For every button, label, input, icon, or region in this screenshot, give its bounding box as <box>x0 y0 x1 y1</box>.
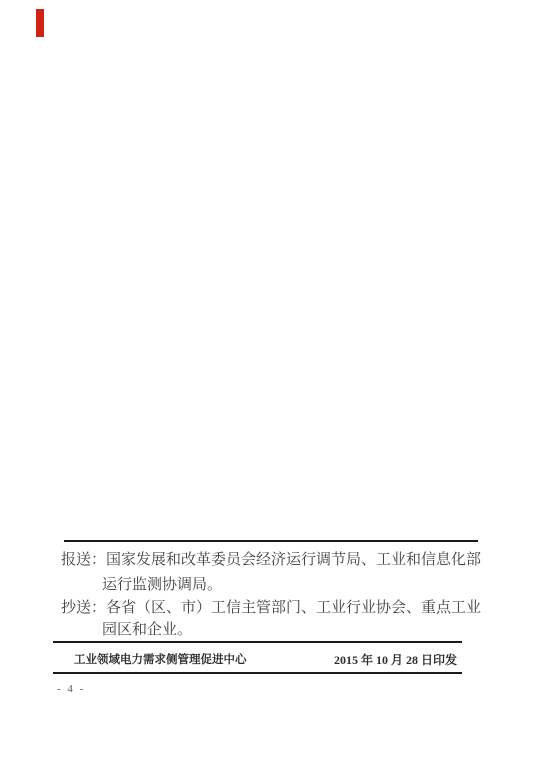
colophon-bottom-rule <box>53 672 462 674</box>
scanned-document-page: 报送：国家发展和改革委员会经济运行调节局、工业和信息化部 运行监测协调局。 抄送… <box>0 0 535 760</box>
distribution-cc-line-1: 抄送：各省（区、市）工信主管部门、工业行业协会、重点工业 <box>61 598 481 618</box>
colophon-top-rule <box>53 641 462 643</box>
colophon-print-date: 2015 年 10 月 28 日印发 <box>334 651 457 669</box>
colophon-issuer: 工业领域电力需求侧管理促进中心 <box>74 651 247 669</box>
distribution-report-line-1: 报送：国家发展和改革委员会经济运行调节局、工业和信息化部 <box>61 550 481 570</box>
red-stamp-fragment <box>36 9 44 37</box>
distribution-report-line-2: 运行监测协调局。 <box>102 575 222 595</box>
distribution-cc-line-2: 园区和企业。 <box>102 620 192 640</box>
page-number: - 4 - <box>57 682 85 696</box>
distribution-top-rule <box>64 540 478 542</box>
